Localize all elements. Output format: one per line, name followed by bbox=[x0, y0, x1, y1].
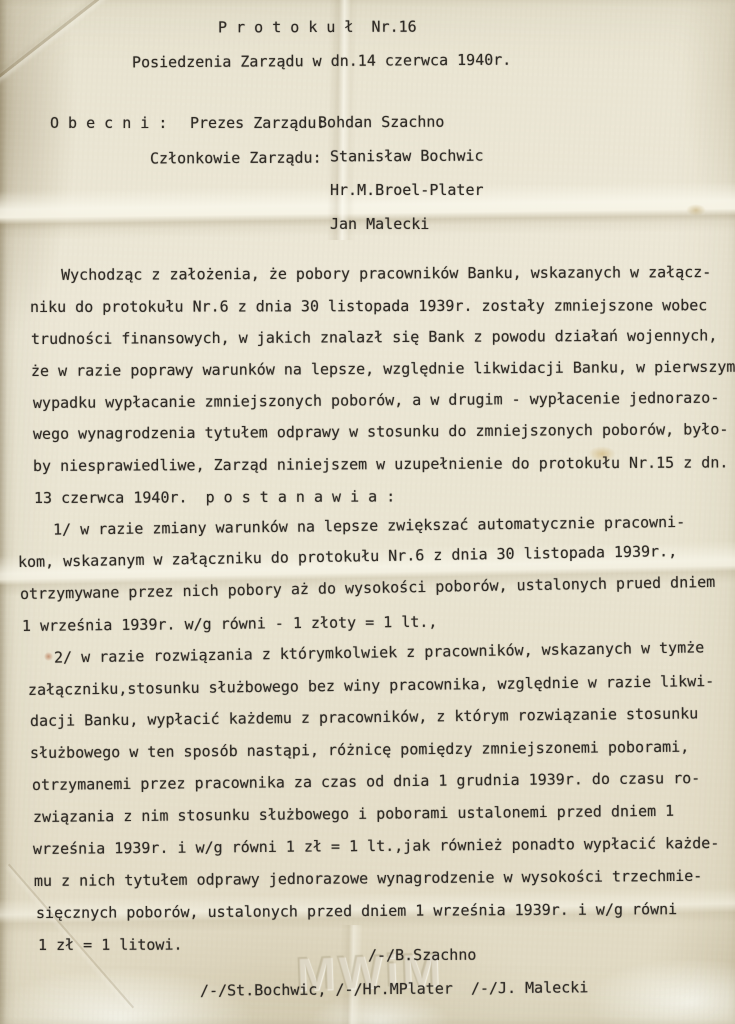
body-line: wego wynagrodzenia tytułem odprawy w sto… bbox=[33, 414, 735, 451]
attendee-role: Prezes Zarządu: bbox=[190, 114, 325, 132]
body-line: by niesprawiedliwe, Zarząd niniejszem w … bbox=[33, 448, 735, 484]
body-text: Wychodząc z założenia, że pobory pracown… bbox=[30, 260, 735, 962]
attendee-name: Jan Malecki bbox=[330, 215, 429, 233]
attendee-name: Stanisław Bochwic bbox=[330, 147, 484, 166]
document-title: P r o t o k u ł Nr.16 bbox=[218, 18, 417, 37]
body-line: wypadku wypłacanie zmniejszonych poborów… bbox=[33, 382, 735, 420]
body-line: września 1939r. i w/g równi 1 zł = 1 lt.… bbox=[33, 828, 735, 866]
body-line: sięcznych poborów, ustalonych przed dnie… bbox=[36, 893, 735, 929]
document-subtitle: Posiedzenia Zarządu w dn.14 czerwca 1940… bbox=[132, 51, 511, 72]
attendees-label: O b e c n i : bbox=[50, 114, 167, 132]
body-line: trudności finansowych, w jakich znalazł … bbox=[31, 320, 735, 356]
attendee-name: Bohdan Szachno bbox=[318, 113, 445, 132]
signature-members: /-/St.Bochwic, /-/Hr.MPlater /-/J. Malec… bbox=[200, 978, 588, 999]
diagonal-crease-top-left bbox=[0, 0, 117, 91]
attendee-role: Członkowie Zarządu: bbox=[150, 149, 322, 168]
body-line: Wychodząc z założenia, że pobory pracown… bbox=[34, 257, 735, 292]
signature-president: /-/B.Szachno bbox=[368, 946, 476, 965]
body-line: mu z nich tytułem odprawy jednorazowe wy… bbox=[34, 860, 735, 898]
body-line: że w razie poprawy warunków na lepsze, w… bbox=[31, 351, 735, 387]
paper-stain bbox=[686, 204, 706, 216]
document-page: MWiM P r o t o k u ł Nr.16 Posiedzenia Z… bbox=[0, 0, 735, 1024]
body-line: niku do protokułu Nr.6 z dnia 30 listopa… bbox=[30, 290, 735, 324]
attendee-name: Hr.M.Broel-Plater bbox=[330, 181, 484, 199]
